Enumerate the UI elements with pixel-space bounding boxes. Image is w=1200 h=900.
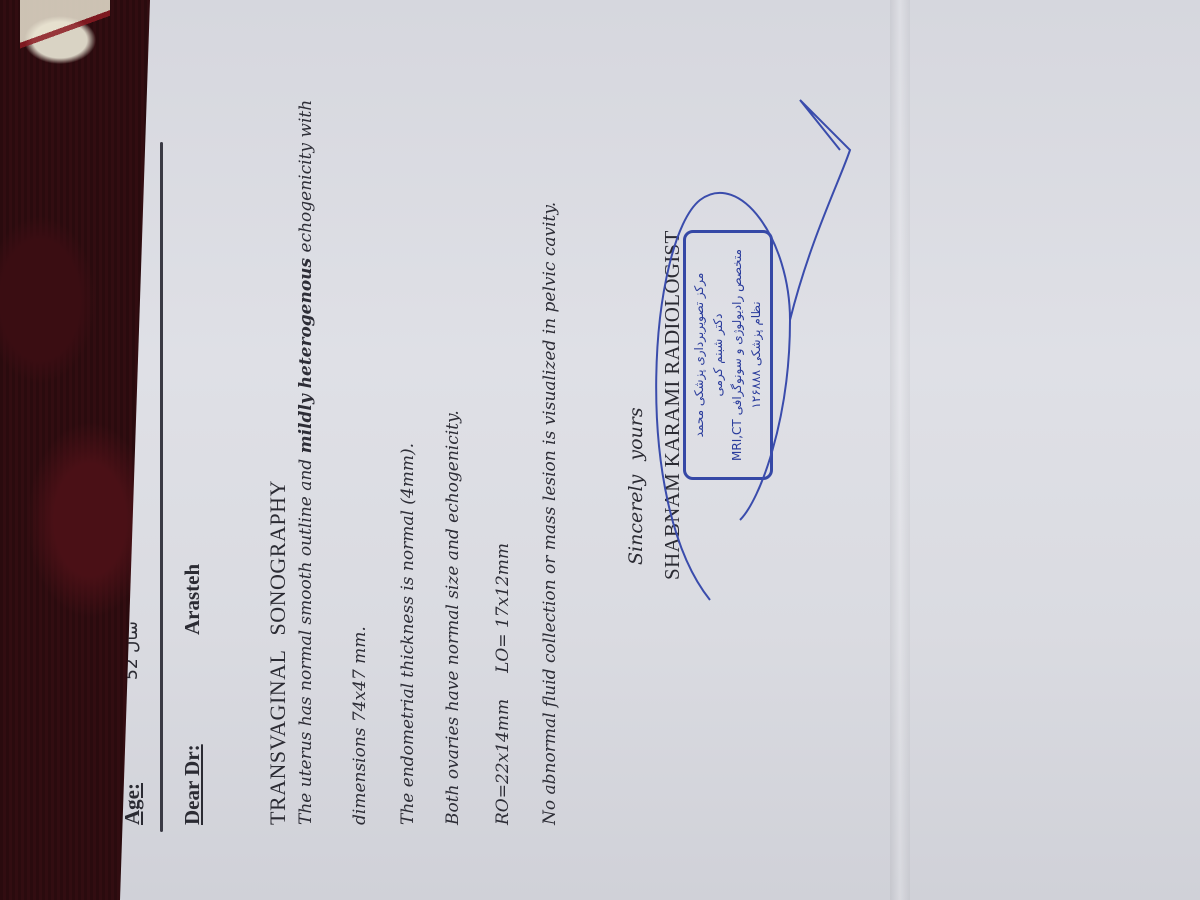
finding-dimensions: dimensions 74x47 mm.: [350, 626, 370, 825]
signature-name: SHABNAM KARAMI RADIOLOGIST: [660, 230, 685, 580]
finding-endometrium: The endometrial thickness is normal (4mm…: [398, 443, 418, 825]
closing-word1: Sincerely: [625, 475, 647, 565]
right-ovary-size: RO=22x14mm: [493, 699, 513, 825]
doctor-name: Arasteh: [180, 564, 205, 635]
dear-row: Dear Dr: Arasteh: [180, 744, 205, 825]
title-part2: SONOGRAPHY: [265, 480, 290, 635]
report-title: TRANSVAGINALSONOGRAPHY: [265, 480, 291, 825]
finding-uterus-a: The uterus has normal smooth outline and: [296, 453, 316, 825]
finding-uterus-c: echogenicity with: [296, 100, 316, 258]
age-row: Age: 52 سال: [120, 325, 150, 825]
age-value: 52 سال: [122, 621, 142, 680]
stamp-line1: مرکز تصویربرداری پزشکی محمد: [690, 241, 709, 469]
finding-ovaries: Both ovaries have normal size and echoge…: [443, 410, 463, 825]
stamp-line2: دکتر شبنم کرمی: [709, 241, 728, 469]
finding-pelvic-cavity: No abnormal fluid collection or mass les…: [540, 202, 560, 825]
report-paper: Age: 52 سال Dear Dr: Arasteh TRANSVAGINA…: [120, 0, 1200, 900]
finding-uterus-emph: mildly heterogenous: [296, 258, 316, 454]
title-part1: TRANSVAGINAL: [265, 650, 290, 826]
closing-word2: yours: [625, 407, 647, 460]
age-label: Age:: [120, 783, 145, 825]
closing-phrase: Sincerelyyours: [625, 407, 647, 565]
left-ovary-size: LO= 17x12mm: [493, 543, 513, 673]
paper-fold: [890, 0, 910, 900]
doctor-stamp: مرکز تصویربرداری پزشکی محمد دکتر شبنم کر…: [683, 230, 773, 480]
finding-ovary-sizes: RO=22x14mmLO= 17x12mm: [493, 543, 513, 825]
stamp-line4: نظام پزشکی ۱۲۶۸۸۸: [747, 241, 766, 469]
finding-uterus: The uterus has normal smooth outline and…: [296, 100, 316, 825]
header-divider: [160, 142, 163, 832]
dear-label: Dear Dr:: [180, 744, 204, 825]
rotated-sheet: Age: 52 سال Dear Dr: Arasteh TRANSVAGINA…: [0, 0, 1200, 900]
stamp-line3: متخصص رادیولوژی و سونوگرافی MRI,CT: [728, 241, 747, 469]
